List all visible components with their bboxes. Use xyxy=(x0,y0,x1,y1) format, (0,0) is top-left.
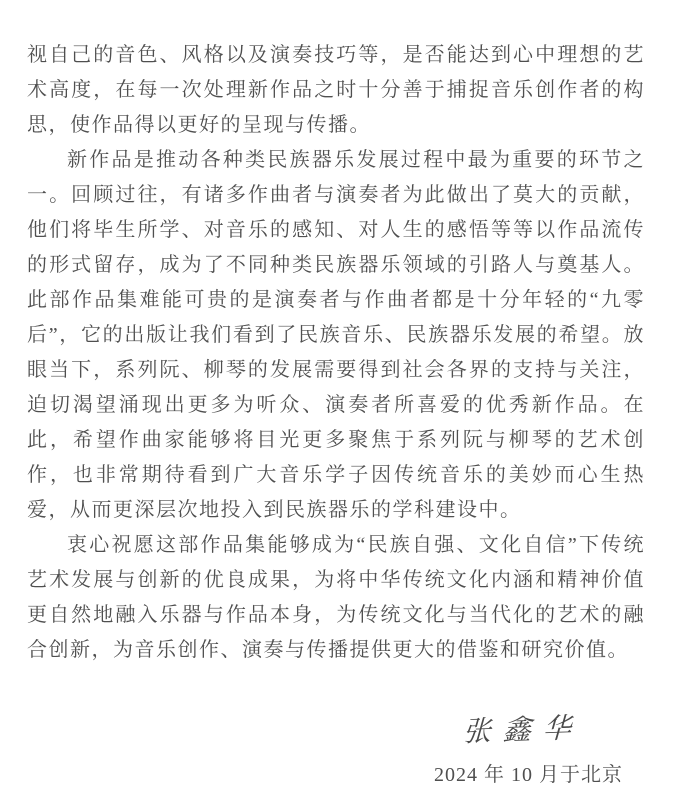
author-signature: 张鑫华 xyxy=(462,706,583,750)
document-page: 视自己的音色、风格以及演奏技巧等，是否能达到心中理想的艺术高度，在每一次处理新作… xyxy=(0,0,679,794)
preface-body-text: 视自己的音色、风格以及演奏技巧等，是否能达到心中理想的艺术高度，在每一次处理新作… xyxy=(27,38,645,668)
dateline: 2024 年 10 月于北京 xyxy=(27,758,645,787)
paragraph: 衷心祝愿这部作品集能够成为“民族自强、文化自信”下传统艺术发展与创新的优良成果，… xyxy=(27,528,645,668)
paragraph: 新作品是推动各种类民族器乐发展过程中最为重要的环节之一。回顾过往，有诸多作曲者与… xyxy=(27,143,645,528)
paragraph-continuation: 视自己的音色、风格以及演奏技巧等，是否能达到心中理想的艺术高度，在每一次处理新作… xyxy=(27,38,645,143)
signature-block: 张鑫华 2024 年 10 月于北京 xyxy=(27,708,645,787)
